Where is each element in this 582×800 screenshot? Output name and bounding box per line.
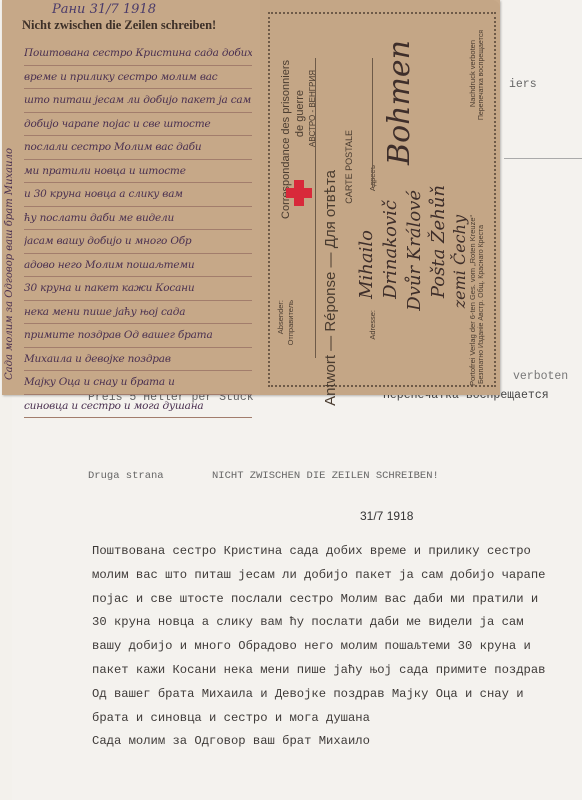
transcription-line: 30 круна новца а слику вам ћу послати да…: [92, 611, 545, 635]
address-line: [372, 58, 373, 188]
transcription-line: молим вас што питаш јесам ли добијо паке…: [92, 564, 545, 588]
handwritten-line: 30 круна и пакет кажи Косани: [24, 277, 252, 301]
antwort-heading: Antwort — Réponse — Для отвѣта: [322, 170, 339, 406]
divider: [504, 158, 582, 159]
red-cross-icon: [286, 180, 312, 206]
transcription-line: појас и све штосте послали сестро Молим …: [92, 588, 545, 612]
reprint-notice: Nachdruck verboten: [468, 40, 477, 107]
adresse-label: Adresse:: [368, 310, 377, 340]
handwritten-line: и 30 круна новца а слику вам: [24, 183, 252, 207]
typed-stub-iers: iers: [509, 78, 537, 91]
typed-date: 31/7 1918: [360, 509, 413, 523]
verboten-text: verboten: [513, 370, 568, 383]
handwritten-line: што питаш јесам ли добијо пакет ја сам: [24, 89, 252, 113]
absender-label: Absender:: [276, 300, 285, 334]
absender-ru-label: Отправитель: [286, 300, 295, 345]
typed-header: NICHT ZWISCHEN DIE ZEILEN SCHREIBEN!: [212, 470, 439, 482]
handwritten-town: Dvůr Králové: [404, 190, 425, 311]
transcription-line: брата и синовца и сестро и мога душана: [92, 707, 545, 731]
handwritten-post: Pošta Žehůň: [428, 185, 449, 298]
handwritten-line: Михаила и девојке поздрав: [24, 348, 252, 372]
title-fr-2: de guerre: [294, 90, 306, 137]
transcription-body: Поштвована сестро Кристина сада добих вр…: [92, 540, 545, 754]
handwritten-name: Mihailo: [356, 230, 377, 299]
handwritten-line: ми пратили новца и штосте: [24, 160, 252, 184]
handwritten-line: време и прилику сестро молим вас: [24, 66, 252, 90]
handwritten-line: послали сестро Молим вас даби: [24, 136, 252, 160]
handwritten-margin-note: Сада молим за Одговор ваш брат Михаило: [4, 40, 20, 380]
publisher-ru-text: Безплатно Изданiе Австр. Общ. Краснаго К…: [478, 225, 485, 384]
reprint-notice-ru: Перепечатка воспрещается: [478, 30, 485, 120]
divider-line: [315, 58, 316, 358]
handwritten-line: ћу послати даби ме видели: [24, 207, 252, 231]
carte-postale-label: CARTE POSTALE: [344, 130, 354, 204]
transcription-line: Поштвована сестро Кристина сада добих вр…: [92, 540, 545, 564]
handwritten-country: Bohmen: [382, 40, 417, 165]
side-label: Druga strana: [88, 470, 164, 482]
transcription-line: пакет кажи Косани нека мени пише јаћу њо…: [92, 659, 545, 683]
handwritten-line: Мајку Оца и снау и брата и: [24, 371, 252, 395]
handwritten-region: zemi Čechy: [450, 215, 469, 308]
handwritten-line: нека мени пише јаћу њој сада: [24, 301, 252, 325]
publisher-text: Portofrei Verlag der 6-ten Ges. vom „Rot…: [468, 215, 477, 386]
handwritten-date: Рани 31/7 1918: [52, 2, 156, 17]
handwritten-line: Поштована сестро Кристина сада добих: [24, 42, 252, 66]
transcription-line: вашу добијо и много Обрадово него молим …: [92, 635, 545, 659]
handwritten-message: Поштована сестро Кристина сада добих вре…: [24, 42, 252, 418]
handwritten-line: јасам вашу добијо и много Обр: [24, 230, 252, 254]
handwritten-surname: Drinakovič: [380, 200, 401, 299]
postcard-header: Nicht zwischen die Zeilen schreiben!: [22, 18, 216, 33]
transcription-line: Од вашег брата Михаила и Девојке поздрав…: [92, 683, 545, 707]
postcard-scan: Рани 31/7 1918 Nicht zwischen die Zeilen…: [2, 0, 500, 395]
handwritten-line: синовца и сестро и мога душана: [24, 395, 252, 419]
handwritten-line: адово него Молим пошаљтеми: [24, 254, 252, 278]
postcard-address-side: Correspondance des prisonniers de guerre…: [260, 0, 500, 395]
handwritten-line: примите поздрав Од вашег брата: [24, 324, 252, 348]
transcription-line: Сада молим за Одговор ваш брат Михаило: [92, 730, 545, 754]
postcard-message-side: Рани 31/7 1918 Nicht zwischen die Zeilen…: [2, 0, 260, 395]
handwritten-line: добијо чарапе појас и све штосте: [24, 113, 252, 137]
